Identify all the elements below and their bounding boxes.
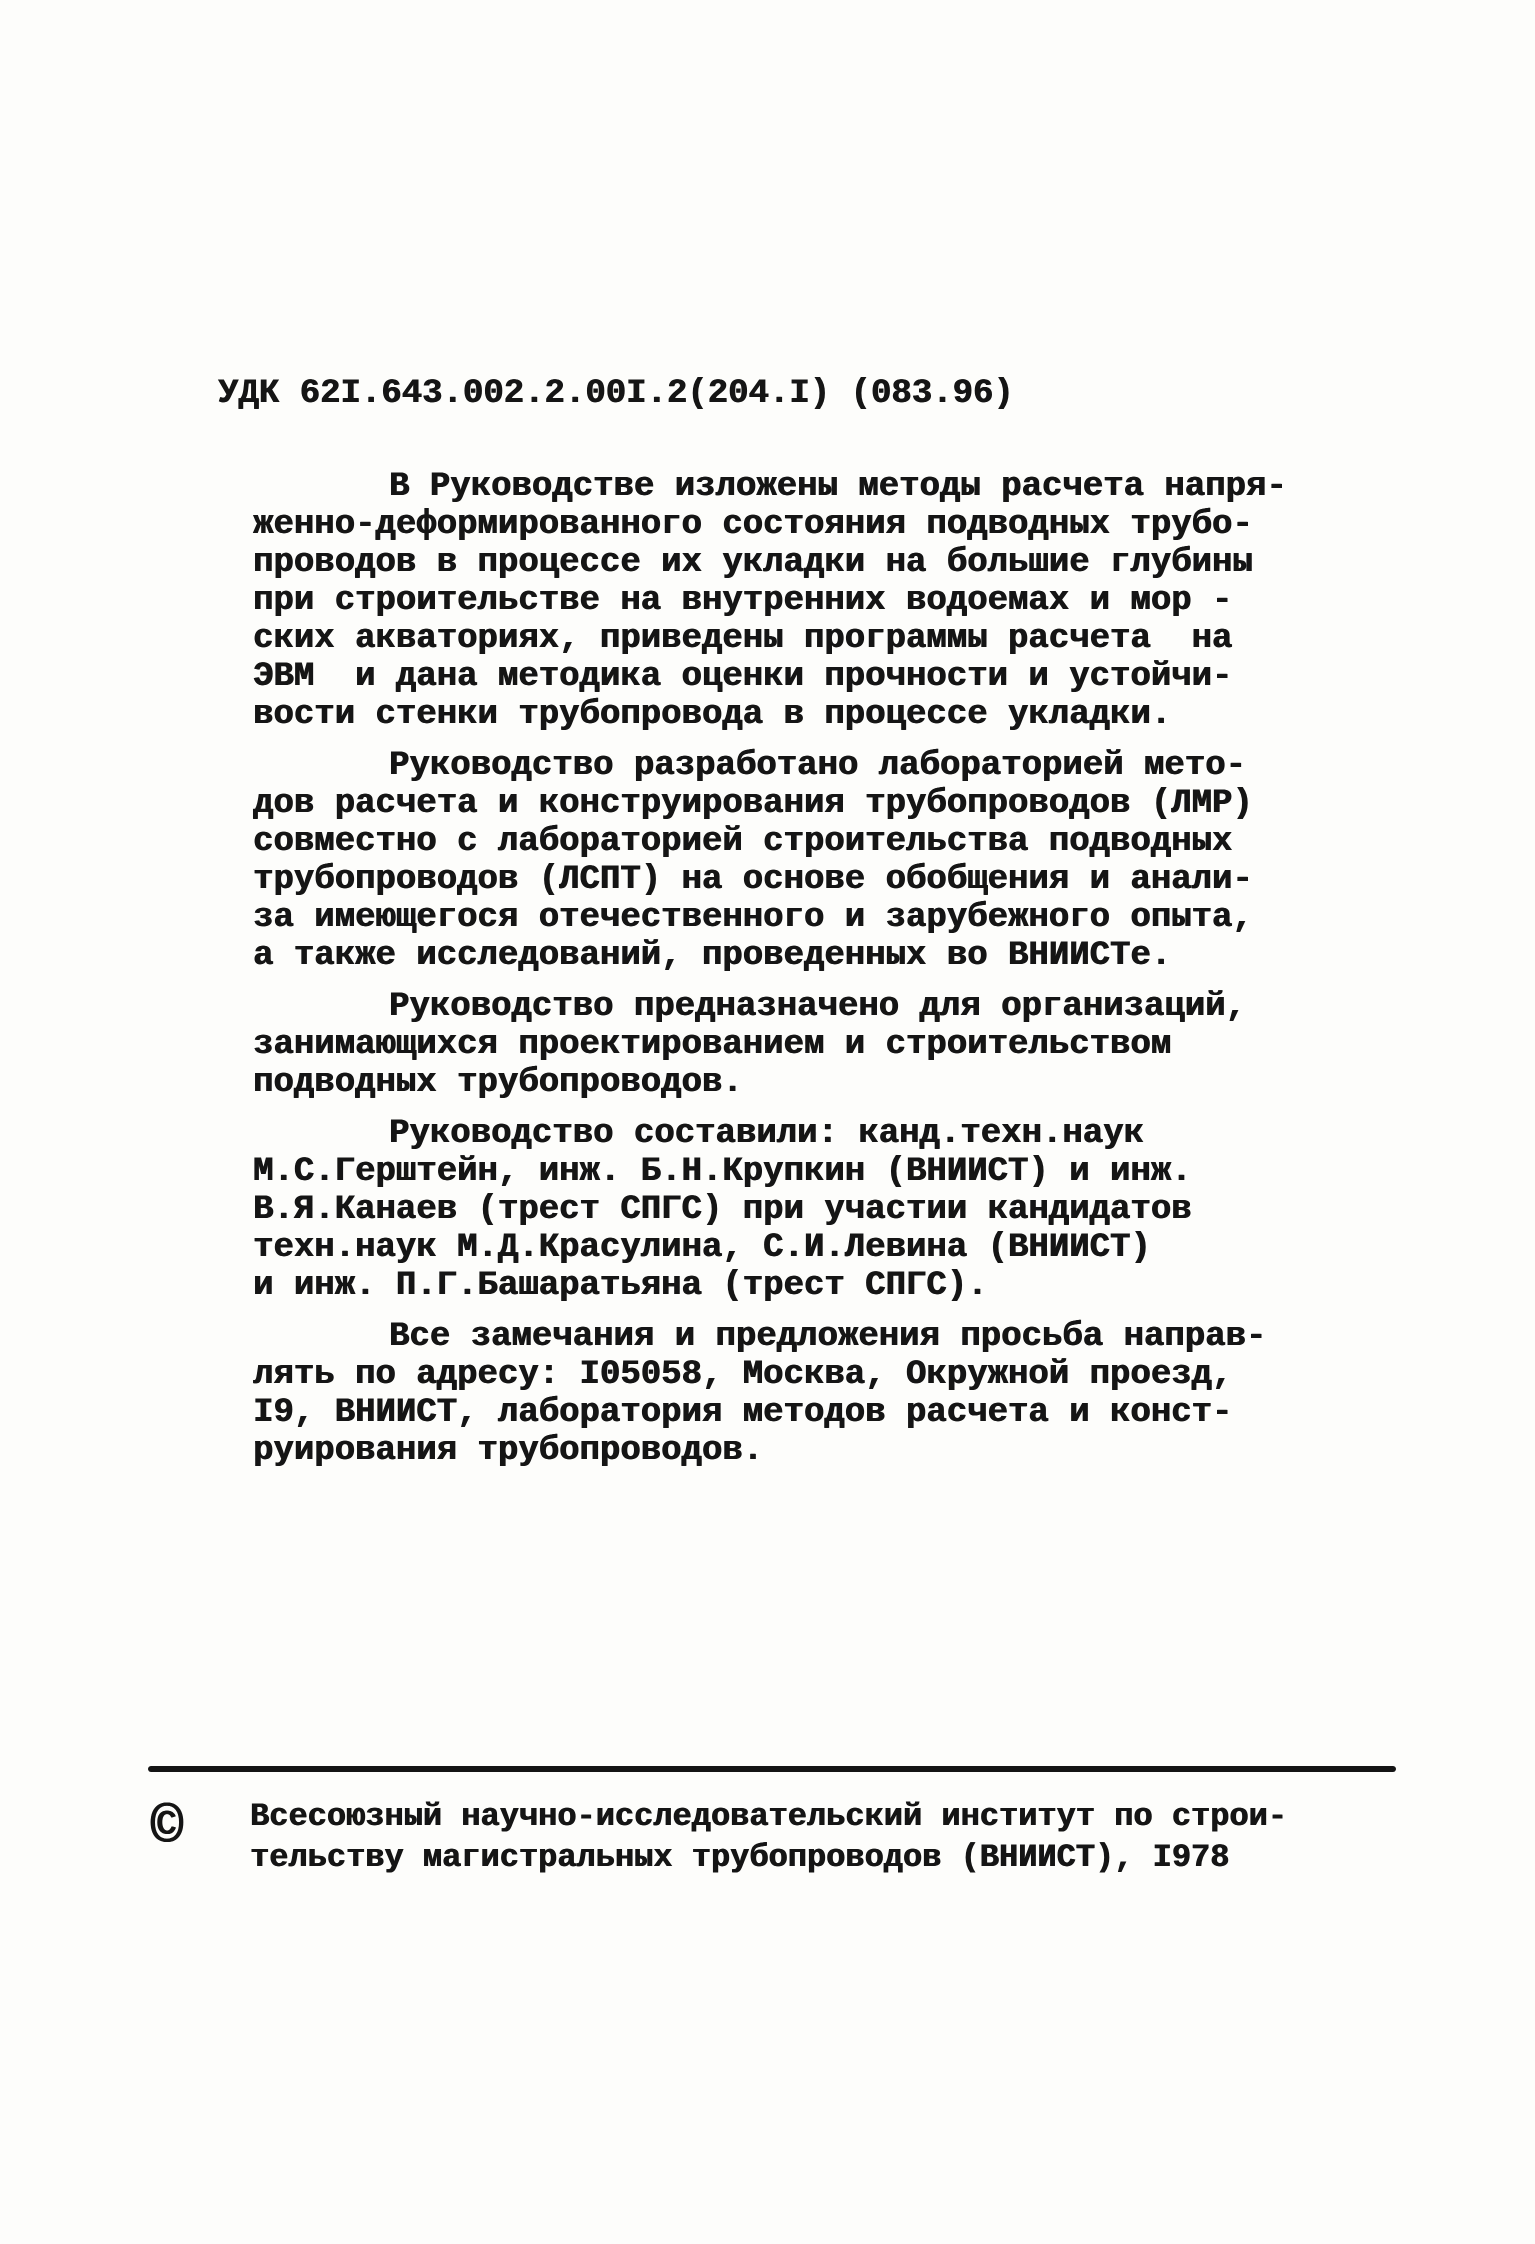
text-line: В Руководстве изложены методы расчета на… bbox=[253, 468, 1313, 506]
text-line: а также исследований, проведенных во ВНИ… bbox=[253, 937, 1313, 975]
text-line: ЭВМ и дана методика оценки прочности и у… bbox=[253, 658, 1313, 696]
text-line: подводных трубопроводов. bbox=[253, 1064, 1313, 1102]
text-line: при строительстве на внутренних водоемах… bbox=[253, 582, 1313, 620]
text-line: женно-деформированного состояния подводн… bbox=[253, 506, 1313, 544]
text-line: Все замечания и предложения просьба напр… bbox=[253, 1318, 1313, 1356]
copyright-notice: Всесоюзный научно-исследовательский инст… bbox=[250, 1796, 1287, 1878]
text-line: I9, ВНИИСТ, лаборатория методов расчета … bbox=[253, 1394, 1313, 1432]
text-line: Руководство предназначено для организаци… bbox=[253, 988, 1313, 1026]
abstract-paragraph-3: Руководство предназначено для организаци… bbox=[253, 988, 1313, 1102]
text-line: занимающихся проектированием и строитель… bbox=[253, 1026, 1313, 1064]
text-line: В.Я.Канаев (трест СПГС) при участии канд… bbox=[253, 1191, 1313, 1229]
text-line: за имеющегося отечественного и зарубежно… bbox=[253, 899, 1313, 937]
abstract-paragraph-2: Руководство разработано лабораторией мет… bbox=[253, 747, 1313, 975]
text-line: техн.наук М.Д.Красулина, С.И.Левина (ВНИ… bbox=[253, 1229, 1313, 1267]
authors-paragraph: Руководство составили: канд.техн.наукМ.С… bbox=[253, 1115, 1313, 1305]
text-line: вости стенки трубопровода в процессе укл… bbox=[253, 696, 1313, 734]
abstract-paragraph-1: В Руководстве изложены методы расчета на… bbox=[253, 468, 1313, 734]
text-line: лять по адресу: I05058, Москва, Окружной… bbox=[253, 1356, 1313, 1394]
footer-divider-rule bbox=[148, 1766, 1396, 1772]
text-line: и инж. П.Г.Башаратьяна (трест СПГС). bbox=[253, 1267, 1313, 1305]
text-line: Руководство разработано лабораторией мет… bbox=[253, 747, 1313, 785]
text-line: дов расчета и конструирования трубопрово… bbox=[253, 785, 1313, 823]
text-line: ских акваториях, приведены программы рас… bbox=[253, 620, 1313, 658]
text-line: проводов в процессе их укладки на больши… bbox=[253, 544, 1313, 582]
text-line: трубопроводов (ЛСПТ) на основе обобщения… bbox=[253, 861, 1313, 899]
udc-classification-line: УДК 62I.643.002.2.00I.2(204.I) (083.96) bbox=[218, 374, 1014, 414]
text-line: совместно с лабораторией строительства п… bbox=[253, 823, 1313, 861]
copyright-icon: © bbox=[150, 1798, 184, 1858]
text-line: Руководство составили: канд.техн.наук bbox=[253, 1115, 1313, 1153]
scanned-document-page: УДК 62I.643.002.2.00I.2(204.I) (083.96) … bbox=[0, 0, 1535, 2244]
feedback-address-paragraph: Все замечания и предложения просьба напр… bbox=[253, 1318, 1313, 1470]
text-line: руирования трубопроводов. bbox=[253, 1432, 1313, 1470]
text-line: тельству магистральных трубопроводов (ВН… bbox=[250, 1837, 1287, 1878]
text-line: М.С.Герштейн, инж. Б.Н.Крупкин (ВНИИСТ) … bbox=[253, 1153, 1313, 1191]
text-line: Всесоюзный научно-исследовательский инст… bbox=[250, 1796, 1287, 1837]
abstract-text-block: В Руководстве изложены методы расчета на… bbox=[253, 468, 1313, 1483]
